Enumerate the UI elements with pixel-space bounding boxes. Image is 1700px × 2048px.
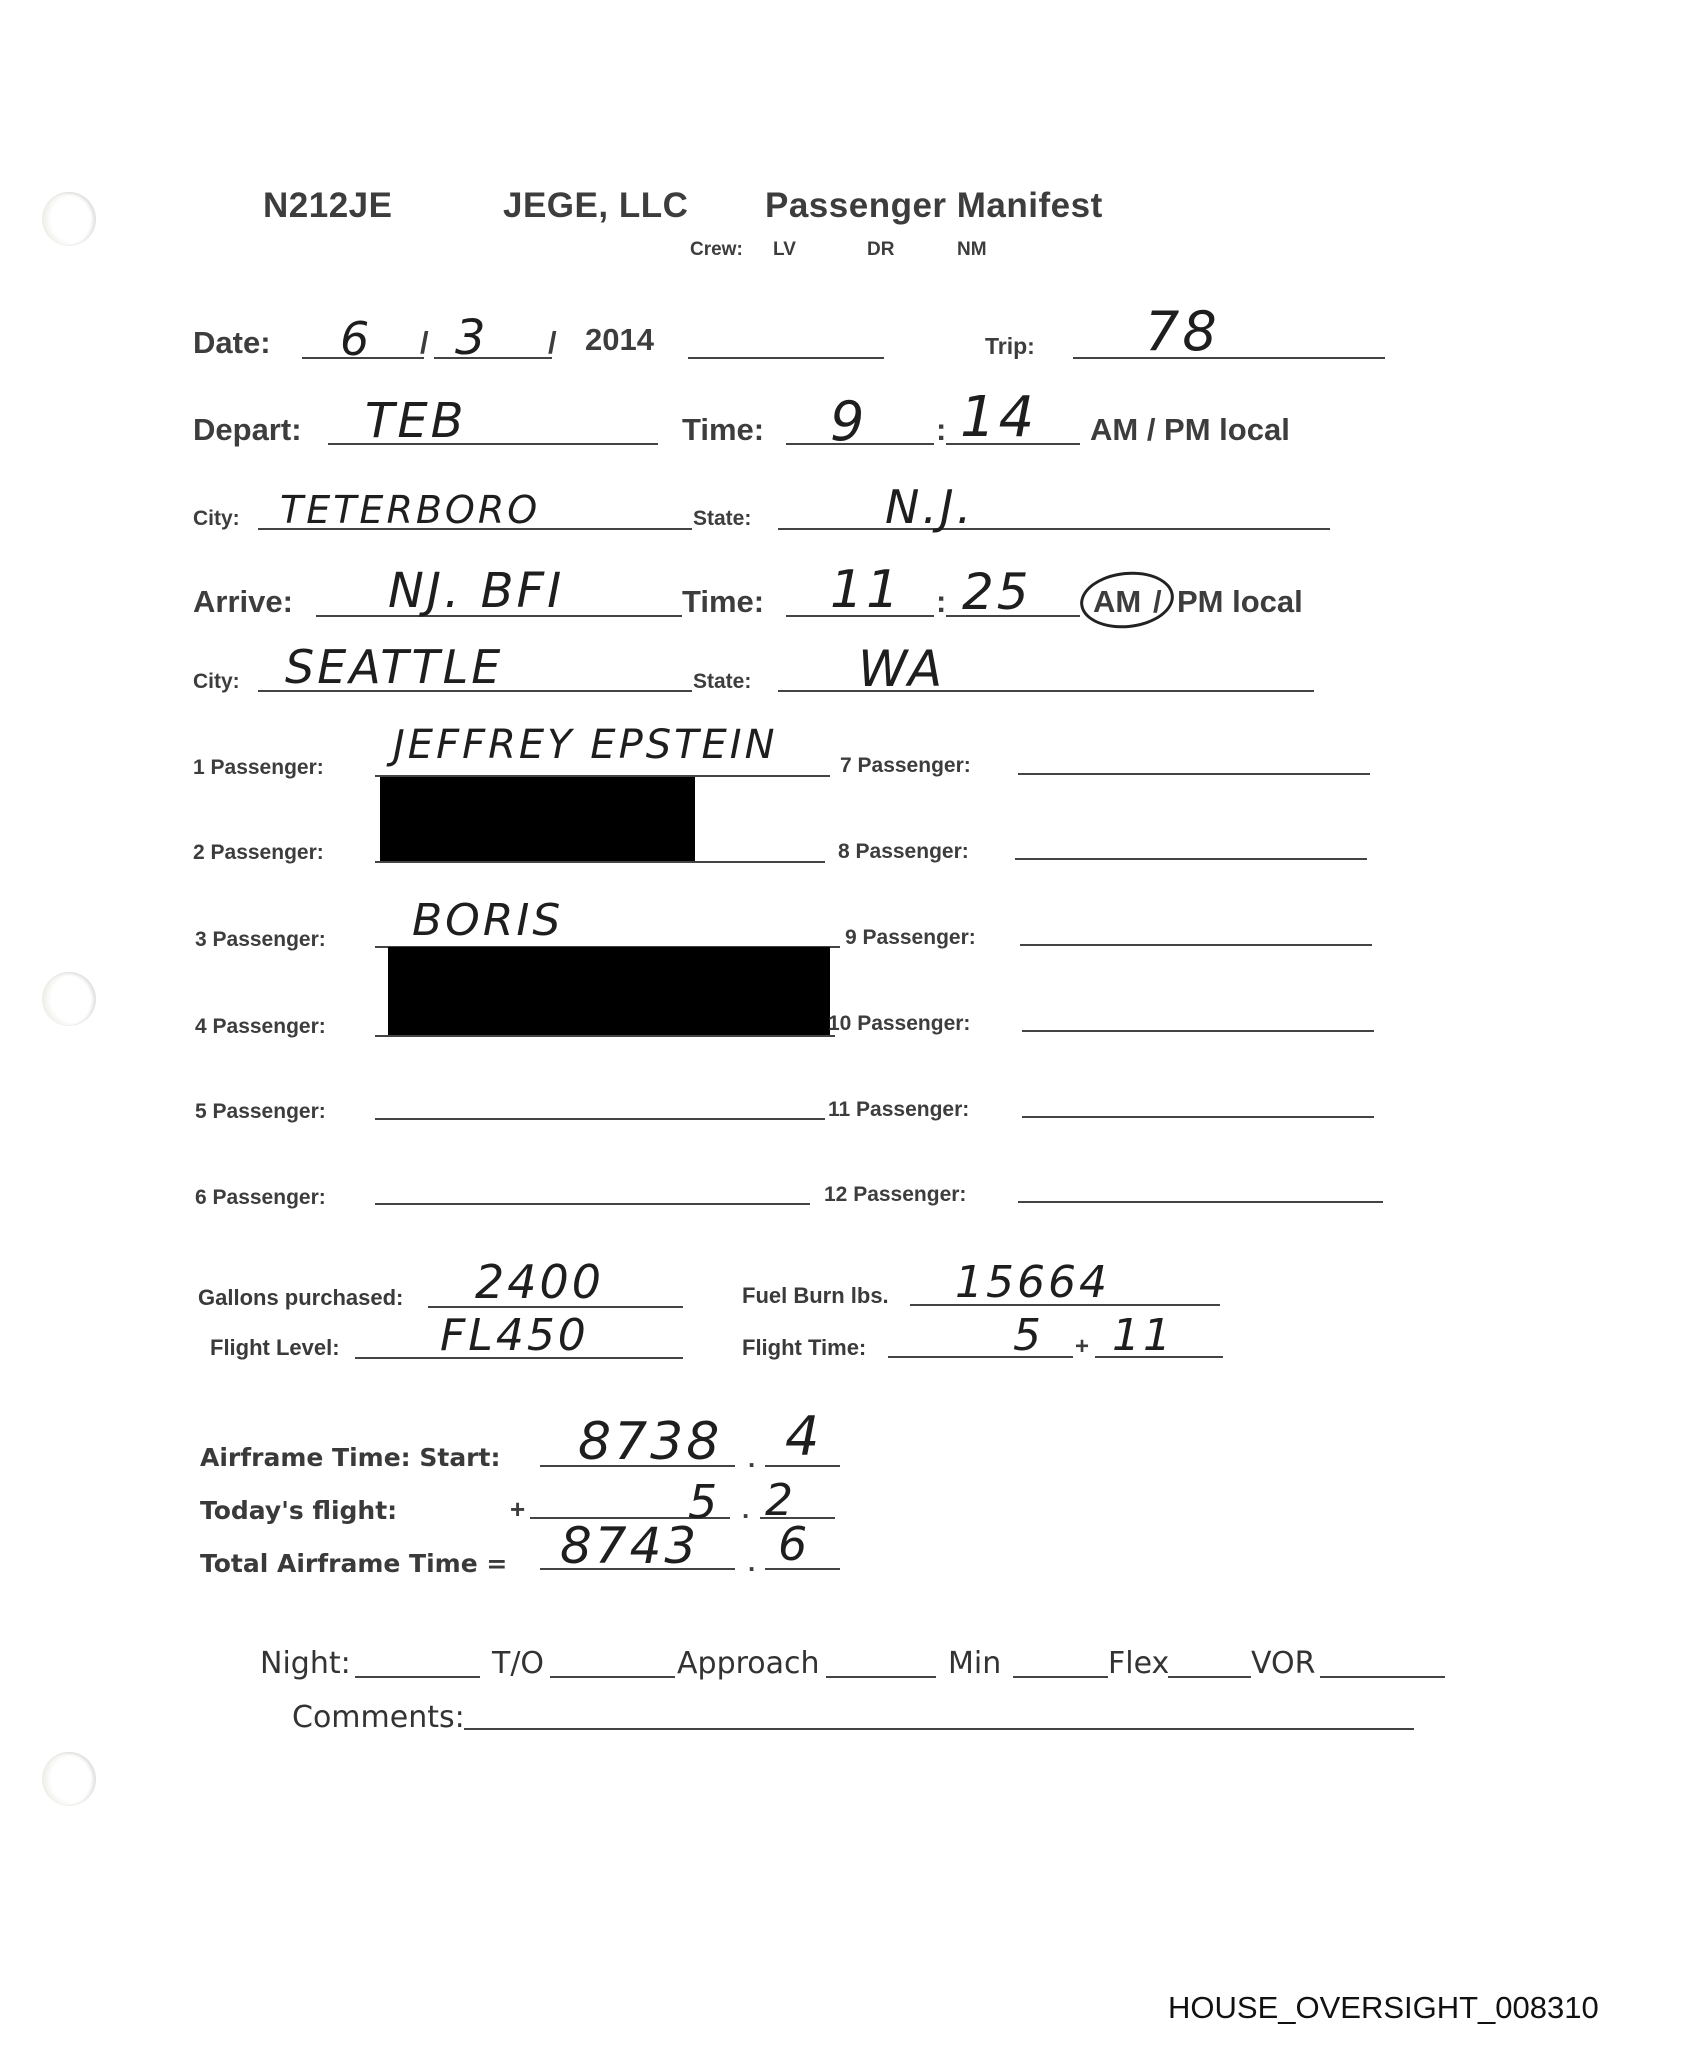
document-title: Passenger Manifest <box>765 186 1103 226</box>
flight-time-hours-value: 5 <box>1013 1310 1044 1361</box>
depart-state-value: N.J. <box>885 480 974 534</box>
flex-field[interactable] <box>1168 1676 1251 1678</box>
passenger-12-label: 12 Passenger: <box>824 1183 966 1207</box>
date-label: Date: <box>193 325 271 361</box>
flight-level-label: Flight Level: <box>210 1335 340 1361</box>
vor-label: VOR <box>1251 1646 1315 1681</box>
arrive-minute-value: 25 <box>962 563 1032 621</box>
passenger-9-label: 9 Passenger: <box>845 926 976 950</box>
flight-time-minutes-value: 11 <box>1112 1310 1174 1361</box>
date-day-value: 3 <box>455 310 489 366</box>
passenger-8-field[interactable] <box>1015 858 1367 860</box>
comments-label: Comments: <box>292 1700 465 1735</box>
passenger-5-label: 5 Passenger: <box>195 1100 326 1124</box>
depart-ampm-selector[interactable]: AM / PM local <box>1090 412 1290 448</box>
depart-time-colon: : <box>936 412 946 448</box>
min-label: Min <box>948 1646 1001 1681</box>
airframe-start-dot: . <box>748 1443 755 1474</box>
depart-minute-value: 14 <box>960 385 1037 450</box>
takeoff-field[interactable] <box>550 1676 675 1678</box>
arrive-city-value: SEATTLE <box>285 640 503 694</box>
depart-state-label: State: <box>693 507 751 531</box>
vor-field[interactable] <box>1320 1676 1445 1678</box>
night-label: Night: <box>260 1646 351 1681</box>
passenger-10-field[interactable] <box>1022 1030 1374 1032</box>
flight-time-label: Flight Time: <box>742 1335 866 1361</box>
passenger-11-field[interactable] <box>1022 1116 1374 1118</box>
arrive-state-value: WA <box>858 640 945 698</box>
passenger-2-label: 2 Passenger: <box>193 841 324 865</box>
date-day-field[interactable] <box>434 357 552 359</box>
binder-hole-middle <box>42 972 96 1026</box>
redaction-box <box>380 777 695 861</box>
depart-city-value: TETERBORO <box>280 488 540 532</box>
arrive-label: Arrive: <box>193 584 293 620</box>
flight-time-plus: + <box>1075 1333 1089 1361</box>
arrive-hour-value: 11 <box>830 560 902 620</box>
gallons-value: 2400 <box>475 1255 604 1309</box>
total-airframe-label: Total Airframe Time = <box>200 1549 507 1578</box>
crew-member-3: NM <box>957 239 987 261</box>
airframe-start-whole-value: 8738 <box>578 1412 722 1472</box>
passenger-4-label: 4 Passenger: <box>195 1015 326 1039</box>
airframe-start-tenth-value: 4 <box>785 1405 822 1468</box>
fuel-burn-value: 15664 <box>955 1257 1110 1308</box>
arrive-pm-option[interactable]: PM local <box>1177 584 1303 620</box>
arrive-time-colon: : <box>936 584 946 620</box>
arrive-airport-value: NJ. BFI <box>388 563 564 619</box>
arrive-time-label: Time: <box>682 584 764 620</box>
passenger-4-field[interactable] <box>375 1035 835 1037</box>
arrive-state-label: State: <box>693 670 751 694</box>
gallons-label: Gallons purchased: <box>198 1285 403 1311</box>
passenger-5-field[interactable] <box>375 1118 825 1120</box>
am-circled-mark <box>1077 567 1176 633</box>
company-name: JEGE, LLC <box>503 186 688 226</box>
crew-label: Crew: <box>690 239 743 261</box>
trip-label: Trip: <box>985 333 1035 360</box>
todays-flight-dot: . <box>742 1494 749 1525</box>
passenger-9-field[interactable] <box>1020 944 1372 946</box>
total-airframe-whole-value: 8743 <box>560 1517 699 1575</box>
total-airframe-dot: . <box>748 1547 755 1578</box>
date-year-field[interactable] <box>688 357 884 359</box>
passenger-6-label: 6 Passenger: <box>195 1186 326 1210</box>
approach-field[interactable] <box>826 1676 936 1678</box>
total-airframe-tenth-value: 6 <box>778 1517 810 1571</box>
binder-hole-top <box>42 192 96 246</box>
flex-label: Flex <box>1108 1646 1169 1681</box>
trip-field[interactable] <box>1073 357 1385 359</box>
passenger-3-value: BORIS <box>412 895 563 946</box>
passenger-12-field[interactable] <box>1018 1201 1383 1203</box>
depart-city-label: City: <box>193 507 240 531</box>
redaction-box <box>388 947 830 1035</box>
approach-label: Approach <box>677 1646 820 1681</box>
trip-value: 78 <box>1145 300 1220 363</box>
binder-hole-bottom <box>42 1752 96 1806</box>
airframe-start-label: Airframe Time: Start: <box>200 1443 500 1472</box>
passenger-11-label: 11 Passenger: <box>828 1098 969 1122</box>
passenger-7-field[interactable] <box>1018 773 1370 775</box>
passenger-6-field[interactable] <box>375 1203 810 1205</box>
depart-label: Depart: <box>193 412 302 448</box>
depart-state-field[interactable] <box>778 528 1330 530</box>
passenger-2-field[interactable] <box>375 861 825 863</box>
todays-flight-label: Today's flight: <box>200 1496 397 1525</box>
todays-flight-plus: + <box>510 1494 525 1525</box>
passenger-1-label: 1 Passenger: <box>193 756 324 780</box>
comments-field[interactable] <box>464 1728 1414 1730</box>
flight-time-hours-field[interactable] <box>888 1356 1073 1358</box>
passenger-3-label: 3 Passenger: <box>195 928 326 952</box>
arrive-city-label: City: <box>193 670 240 694</box>
date-separator-1: / <box>420 325 429 361</box>
passenger-7-label: 7 Passenger: <box>840 754 971 778</box>
bates-number: HOUSE_OVERSIGHT_008310 <box>1168 1990 1599 2026</box>
fuel-burn-label: Fuel Burn lbs. <box>742 1283 889 1309</box>
crew-member-2: DR <box>867 239 894 261</box>
passenger-1-value: JEFFREY EPSTEIN <box>393 722 778 768</box>
tail-number: N212JE <box>263 186 392 226</box>
depart-airport-value: TEB <box>365 393 467 449</box>
passenger-8-label: 8 Passenger: <box>838 840 969 864</box>
depart-time-label: Time: <box>682 412 764 448</box>
night-field[interactable] <box>355 1676 480 1678</box>
date-year: 2014 <box>585 322 654 358</box>
passenger-10-label: 10 Passenger: <box>828 1012 970 1036</box>
crew-member-1: LV <box>773 239 796 261</box>
min-field[interactable] <box>1013 1676 1108 1678</box>
date-separator-2: / <box>548 325 557 361</box>
takeoff-label: T/O <box>492 1646 544 1681</box>
depart-hour-value: 9 <box>830 390 867 453</box>
date-month-value: 6 <box>340 312 372 366</box>
flight-level-value: FL450 <box>440 1310 589 1361</box>
